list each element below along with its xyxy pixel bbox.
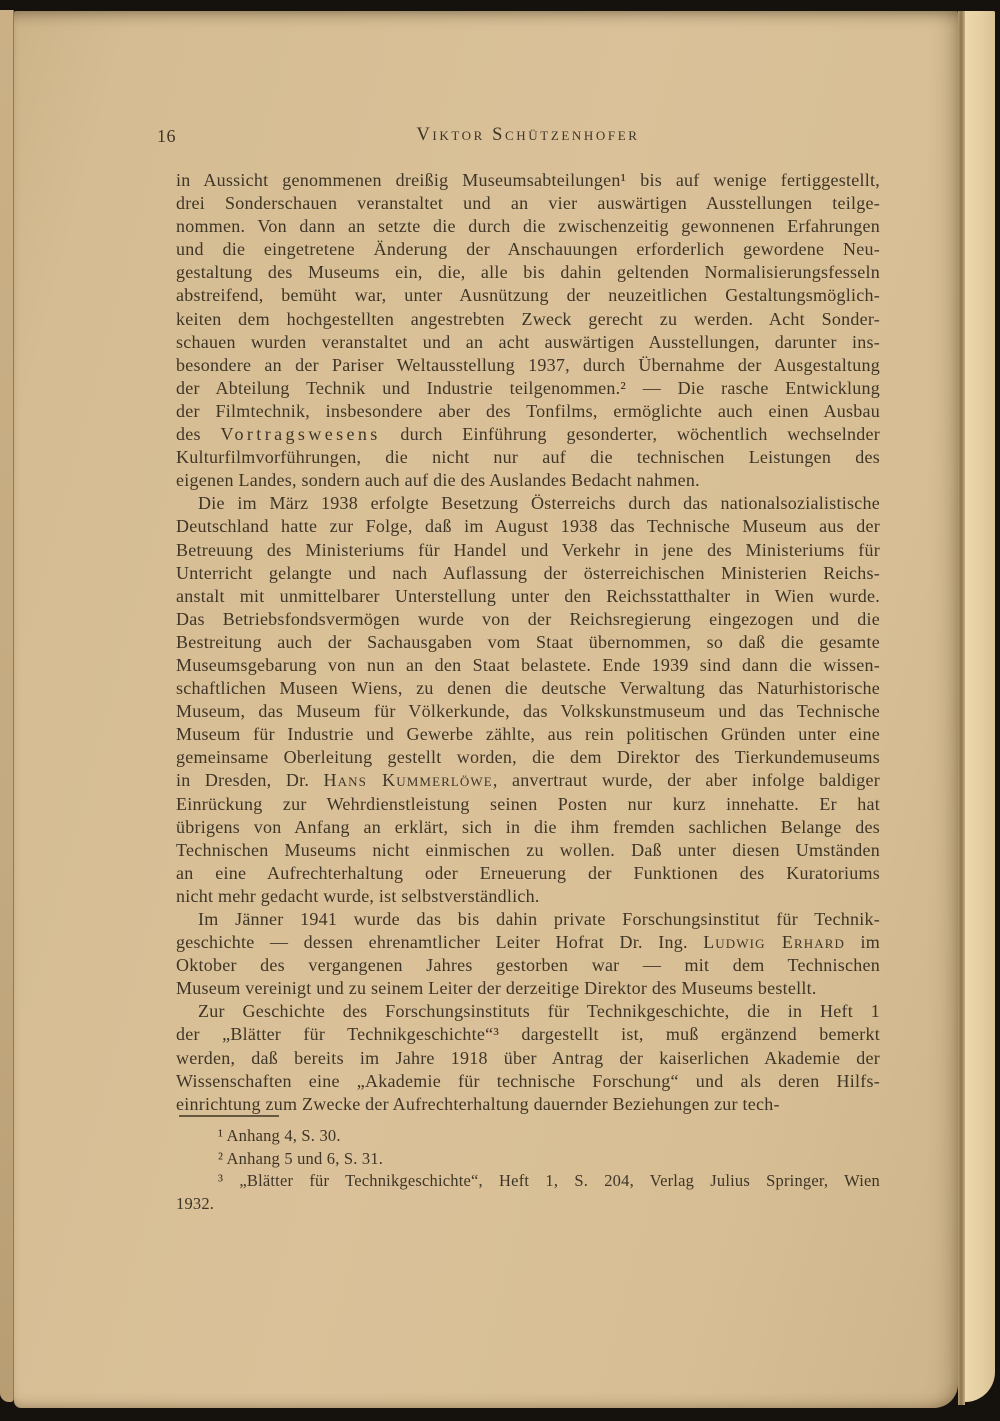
- text-line: Zur Geschichte des Forschungsinstituts f…: [176, 1000, 880, 1023]
- text-line: und die eingetretene Änderung der Anscha…: [176, 238, 880, 261]
- text-line: schaftlichen Museen Wiens, zu denen die …: [176, 677, 880, 700]
- paragraph: Zur Geschichte des Forschungsinstituts f…: [176, 1000, 880, 1115]
- text-line: Betreuung des Ministeriums für Handel un…: [176, 539, 880, 562]
- text-line: einrichtung zum Zwecke der Aufrechterhal…: [176, 1093, 880, 1116]
- paragraph: Im Jänner 1941 wurde das bis dahin priva…: [176, 908, 880, 1000]
- text-line: an eine Aufrechterhaltung oder Erneuerun…: [176, 862, 880, 885]
- text-line: Museumsgebarung von nun an den Staat bel…: [176, 654, 880, 677]
- text-line: besondere an der Pariser Weltausstellung…: [176, 354, 880, 377]
- text-line: geschichte — dessen ehrenamtlicher Leite…: [176, 931, 880, 954]
- text-line: Deutschland hatte zur Folge, daß im Augu…: [176, 515, 880, 538]
- text-line: in Dresden, Dr. Hans Kummerlöwe, anvertr…: [176, 769, 880, 792]
- footnote-separator: [179, 1115, 279, 1117]
- page-fold-line: [958, 11, 965, 1405]
- text-line: eigenen Landes, sondern auch auf die des…: [176, 469, 880, 492]
- paragraph: in Aussicht genommenen dreißig Museumsab…: [176, 169, 880, 492]
- text-line: Museum vereinigt und zu seinem Leiter de…: [176, 977, 880, 1000]
- text-line: Im Jänner 1941 wurde das bis dahin priva…: [176, 908, 880, 931]
- text-line: werden, daß bereits im Jahre 1918 über A…: [176, 1047, 880, 1070]
- footnote-line: 1932.: [176, 1193, 880, 1216]
- body-text: in Aussicht genommenen dreißig Museumsab…: [176, 169, 880, 1116]
- text-line: Oktober des vergangenen Jahres gestorben…: [176, 954, 880, 977]
- text-line: übrigens von Anfang an erklärt, sich in …: [176, 816, 880, 839]
- paragraph: Die im März 1938 erfolgte Besetzung Öste…: [176, 492, 880, 908]
- text-line: der Abteilung Technik und Industrie teil…: [176, 377, 880, 400]
- text-line: anstalt mit unmittelbarer Unterstellung …: [176, 585, 880, 608]
- small-caps-name: Hans Kummerlöwe: [324, 770, 493, 790]
- text-line: der Filmtechnik, insbesondere aber des T…: [176, 400, 880, 423]
- text-line: Die im März 1938 erfolgte Besetzung Öste…: [176, 492, 880, 515]
- text-line: Bestreitung auch der Sachausgaben vom St…: [176, 631, 880, 654]
- text-line: Unterricht gelangte und nach Auflassung …: [176, 562, 880, 585]
- text-line: Museum, das Museum für Völkerkunde, das …: [176, 700, 880, 723]
- text-line: des Vortragswesens durch Einführung geso…: [176, 423, 880, 446]
- page-number: 16: [157, 126, 176, 147]
- text-line: schauen wurden veranstaltet und an acht …: [176, 331, 880, 354]
- page-header: 16 Viktor Schützenhofer: [176, 125, 880, 149]
- text-line: Museum für Industrie und Gewerbe zählte,…: [176, 723, 880, 746]
- text-line: Einrückung zur Wehrdienstleistung seinen…: [176, 793, 880, 816]
- footnote-line: ¹ Anhang 4, S. 30.: [176, 1125, 880, 1148]
- facing-page-edge: [965, 11, 995, 1402]
- footnote-line: ² Anhang 5 und 6, S. 31.: [176, 1148, 880, 1171]
- text-line: Kulturfilmvorführungen, die nicht nur au…: [176, 446, 880, 469]
- text-line: gemeinsame Oberleitung gestellt worden, …: [176, 746, 880, 769]
- footnotes: ¹ Anhang 4, S. 30.² Anhang 5 und 6, S. 3…: [176, 1125, 880, 1215]
- text-line: Das Betriebsfondsvermögen wurde von der …: [176, 608, 880, 631]
- text-line: drei Sonderschauen veranstaltet und an v…: [176, 192, 880, 215]
- page-stack-edge-left: [0, 10, 14, 1402]
- text-line: in Aussicht genommenen dreißig Museumsab…: [176, 169, 880, 192]
- text-line: Technischen Museums nicht einmischen zu …: [176, 839, 880, 862]
- footnote-line: ³ „Blätter für Technikgeschichte“, Heft …: [176, 1170, 880, 1193]
- text-line: der „Blätter für Technikgeschichte“³ dar…: [176, 1023, 880, 1046]
- running-header: Viktor Schützenhofer: [176, 125, 880, 146]
- text-line: Wissenschaften eine „Akademie für techni…: [176, 1070, 880, 1093]
- text-line: gestaltung des Museums ein, die, alle bi…: [176, 261, 880, 284]
- scanned-book-photo: 16 Viktor Schützenhofer in Aussicht geno…: [0, 0, 1000, 1421]
- text-line: nicht mehr gedacht wurde, ist selbstvers…: [176, 885, 880, 908]
- text-line: abstreifend, bemüht war, unter Ausnützun…: [176, 284, 880, 307]
- text-line: nommen. Von dann an setzte die durch die…: [176, 215, 880, 238]
- small-caps-name: Ludwig Erhard: [703, 932, 845, 952]
- text-line: keiten dem hochgestellten angestrebten Z…: [176, 308, 880, 331]
- letter-spaced-word: Vortragswesens: [220, 424, 380, 444]
